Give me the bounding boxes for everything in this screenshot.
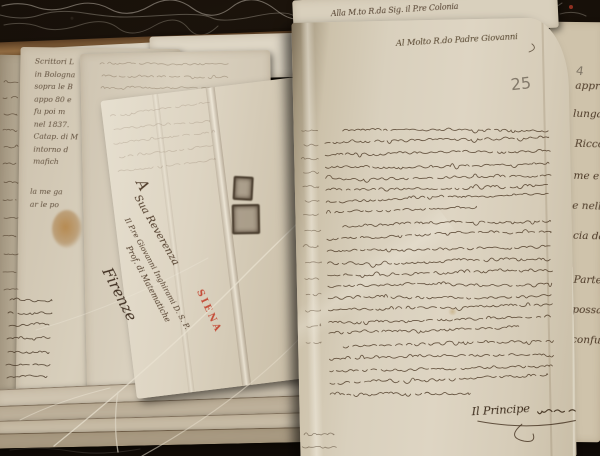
fragment-word: cia da [573, 230, 600, 243]
fragment-word: Parte [573, 274, 600, 287]
fold-crease [206, 87, 251, 386]
fragment-line: la me ga [30, 186, 63, 199]
fragment-word: possa [572, 304, 600, 317]
signature-surname-flourish [535, 399, 576, 424]
pencil-page-number: 25 [510, 73, 532, 94]
fragment-line: Catap. di M [33, 131, 78, 144]
postmark-box-stamp [232, 204, 261, 234]
red-ink-dot [569, 5, 573, 9]
fragment-line: appo 80 e [34, 93, 79, 106]
fragment-line: sopra le B [34, 81, 79, 94]
fragment-word: Ricco [575, 138, 600, 151]
address-line: A [132, 176, 153, 194]
paper-stain [447, 308, 457, 316]
fragment-word: lunga [573, 108, 600, 121]
fragment-word: me e [573, 170, 599, 183]
left-letter-text-fragments: Scrittori L in Bologna sopra le B appo 8… [33, 56, 79, 169]
postmark-box-stamp [233, 176, 254, 201]
top-archival-note: Alla M.to R.da Sig. il P.re Colonia [331, 2, 459, 18]
fragment-line: intorno d [33, 143, 78, 156]
signature-text: Il Principe [471, 401, 530, 418]
wax-stain [52, 210, 82, 248]
photograph-manuscript-bundle: Scrittori L in Bologna sopra le B appo 8… [0, 0, 600, 456]
fragment-line: ar le po [30, 198, 63, 211]
left-curl-highlight [300, 22, 323, 456]
fragment-line: mafich [33, 156, 78, 169]
fragment-word: e nell [572, 200, 600, 213]
fragment-word: appr [575, 80, 600, 93]
fragment-word: confu [571, 334, 600, 347]
fragment-line: nel 1837. [34, 118, 79, 131]
siena-postmark-stamp: SIENA [194, 288, 224, 335]
fragment-line: in Bologna [35, 68, 80, 81]
left-letter-text-fragments-lower: la me ga ar le po [30, 186, 63, 212]
salutation-line: Al Molto R.do Padre Giovanni [396, 32, 518, 49]
fragment-line: Scrittori L [35, 56, 80, 69]
fragment-line: fu poi m [34, 106, 79, 119]
main-letter-page: Al Molto R.do Padre Giovanni 25 Il Princ… [291, 17, 576, 456]
vertical-crease [541, 18, 552, 456]
